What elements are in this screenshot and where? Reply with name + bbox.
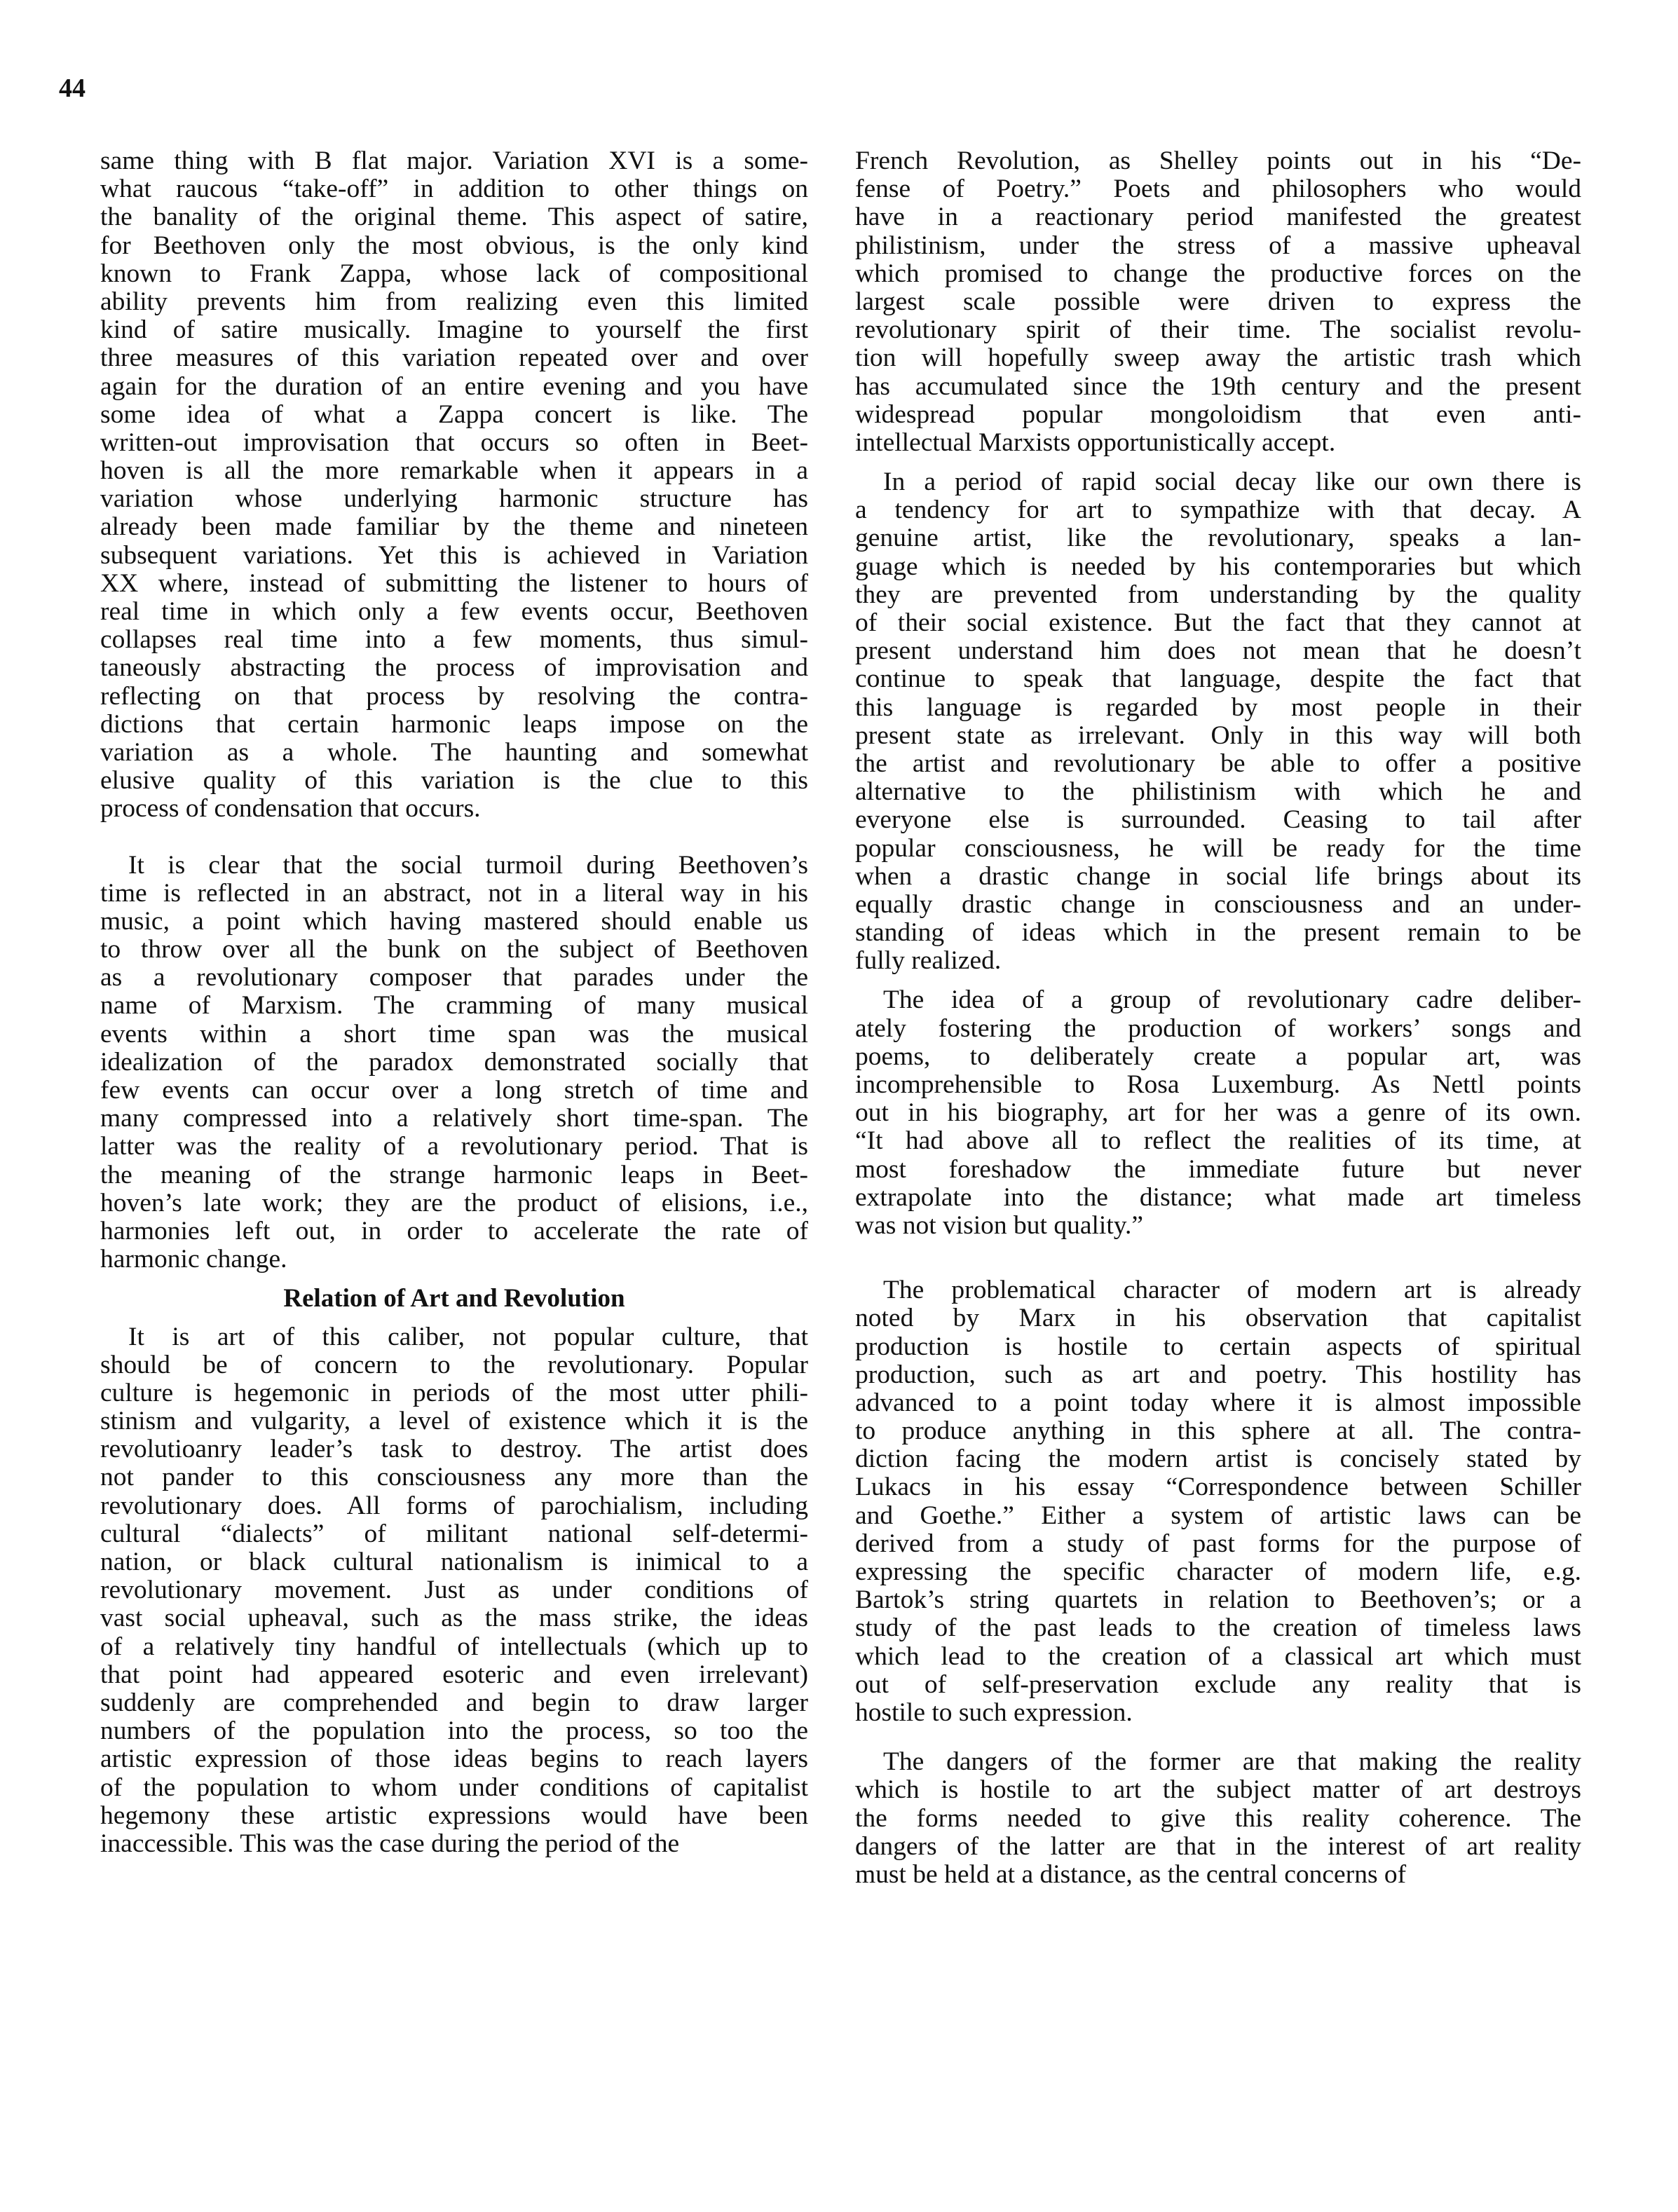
- text-line: widespread popular mongoloidism that eve…: [855, 401, 1581, 429]
- text-line: of the population to whom under conditio…: [100, 1774, 808, 1802]
- text-line: revolutionary movement. Just as under co…: [100, 1576, 808, 1604]
- text-line: numbers of the population into the proce…: [100, 1717, 808, 1745]
- text-line: The problematical character of modern ar…: [855, 1276, 1581, 1304]
- text-line: noted by Marx in his observation that ca…: [855, 1304, 1581, 1332]
- text-line: derived from a study of past forms for t…: [855, 1530, 1581, 1558]
- paragraph-spacer: [100, 824, 808, 852]
- text-line: written-out improvisation that occurs so…: [100, 429, 808, 457]
- text-line: for Beethoven only the most obvious, is …: [100, 232, 808, 260]
- text-line: French Revolution, as Shelley points out…: [855, 147, 1581, 175]
- text-line: known to Frank Zappa, whose lack of comp…: [100, 260, 808, 288]
- text-line: some idea of what a Zappa concert is lik…: [100, 401, 808, 429]
- paragraph: same thing with B flat major. Variation …: [100, 147, 808, 824]
- paragraph: The problematical character of modern ar…: [855, 1276, 1581, 1727]
- text-line: continue to speak that language, despite…: [855, 665, 1581, 693]
- text-line: reflecting on that process by resolving …: [100, 683, 808, 711]
- paragraph: The dangers of the former are that makin…: [855, 1748, 1581, 1889]
- text-line: and Goethe.” Either a system of artistic…: [855, 1502, 1581, 1530]
- text-line: ately fostering the production of worker…: [855, 1015, 1581, 1043]
- text-line: fully realized.: [855, 947, 1581, 975]
- text-line: revolutionary spirit of their time. The …: [855, 316, 1581, 344]
- text-line: three measures of this variation repeate…: [100, 344, 808, 372]
- text-line: when a drastic change in social life bri…: [855, 863, 1581, 891]
- text-line: which promised to change the productive …: [855, 260, 1581, 288]
- text-line: advanced to a point today where it is al…: [855, 1389, 1581, 1417]
- text-line: In a period of rapid social decay like o…: [855, 468, 1581, 496]
- text-line: a tendency for art to sympathize with th…: [855, 496, 1581, 524]
- text-line: this language is regarded by most people…: [855, 694, 1581, 722]
- text-line: the meaning of the strange harmonic leap…: [100, 1161, 808, 1189]
- text-line: extrapolate into the distance; what made…: [855, 1184, 1581, 1212]
- text-line: again for the duration of an entire even…: [100, 373, 808, 401]
- text-line: culture is hegemonic in periods of the m…: [100, 1379, 808, 1407]
- text-line: of their social existence. But the fact …: [855, 609, 1581, 637]
- text-line: diction facing the modern artist is conc…: [855, 1445, 1581, 1473]
- text-line: everyone else is surrounded. Ceasing to …: [855, 806, 1581, 834]
- section-heading: Relation of Art and Revolution: [100, 1285, 808, 1313]
- text-line: as a revolutionary composer that parades…: [100, 964, 808, 992]
- paragraph-spacer: [855, 457, 1581, 468]
- text-line: of a relatively tiny handful of intellec…: [100, 1633, 808, 1661]
- paragraph: It is clear that the social turmoil duri…: [100, 852, 808, 1274]
- text-line: ability prevents him from realizing even…: [100, 288, 808, 316]
- text-line: out of self-preservation exclude any rea…: [855, 1671, 1581, 1699]
- text-line: what raucous “take-off” in addition to o…: [100, 175, 808, 203]
- text-line: Bartok’s string quartets in relation to …: [855, 1586, 1581, 1614]
- text-line: must be held at a distance, as the centr…: [855, 1861, 1581, 1889]
- text-line: stinism and vulgarity, a level of existe…: [100, 1407, 808, 1435]
- text-line: they are prevented from understanding by…: [855, 581, 1581, 609]
- text-line: the banality of the original theme. This…: [100, 203, 808, 231]
- text-line: same thing with B flat major. Variation …: [100, 147, 808, 175]
- text-line: variation whose underlying harmonic stru…: [100, 485, 808, 513]
- text-line: to throw over all the bunk on the subjec…: [100, 936, 808, 964]
- text-line: events within a short time span was the …: [100, 1020, 808, 1049]
- text-line: hostile to such expression.: [855, 1699, 1581, 1727]
- text-line: dangers of the latter are that in the in…: [855, 1833, 1581, 1861]
- text-line: out in his biography, art for her was a …: [855, 1099, 1581, 1127]
- page-number: 44: [59, 73, 86, 104]
- text-line: dictions that certain harmonic leaps imp…: [100, 711, 808, 739]
- text-line: taneously abstracting the process of imp…: [100, 654, 808, 682]
- text-line: present state as irrelevant. Only in thi…: [855, 722, 1581, 750]
- paragraph: French Revolution, as Shelley points out…: [855, 147, 1581, 457]
- paragraph: In a period of rapid social decay like o…: [855, 468, 1581, 975]
- text-line: nation, or black cultural nationalism is…: [100, 1548, 808, 1576]
- text-line: to produce anything in this sphere at al…: [855, 1417, 1581, 1445]
- text-line: vast social upheaval, such as the mass s…: [100, 1604, 808, 1632]
- text-line: present understand him does not mean tha…: [855, 637, 1581, 665]
- text-line: expressing the specific character of mod…: [855, 1558, 1581, 1586]
- text-line: hegemony these artistic expressions woul…: [100, 1802, 808, 1830]
- text-line: the forms needed to give this reality co…: [855, 1805, 1581, 1833]
- left-column: same thing with B flat major. Variation …: [100, 147, 808, 1858]
- text-line: already been made familiar by the theme …: [100, 513, 808, 541]
- text-line: fense of Poetry.” Poets and philosophers…: [855, 175, 1581, 203]
- text-line: study of the past leads to the creation …: [855, 1614, 1581, 1642]
- text-line: It is clear that the social turmoil duri…: [100, 852, 808, 880]
- text-line: have in a reactionary period manifested …: [855, 203, 1581, 231]
- text-line: few events can occur over a long stretch…: [100, 1077, 808, 1105]
- text-line: The idea of a group of revolutionary cad…: [855, 986, 1581, 1014]
- text-line: tion will hopefully sweep away the artis…: [855, 344, 1581, 372]
- text-line: guage which is needed by his contemporar…: [855, 553, 1581, 581]
- text-line: name of Marxism. The cramming of many mu…: [100, 992, 808, 1020]
- paragraph: The idea of a group of revolutionary cad…: [855, 986, 1581, 1240]
- text-line: “It had above all to reflect the realiti…: [855, 1127, 1581, 1155]
- text-line: music, a point which having mastered sho…: [100, 908, 808, 936]
- text-line: revolutioanry leader’s task to destroy. …: [100, 1435, 808, 1463]
- text-line: inaccessible. This was the case during t…: [100, 1830, 808, 1858]
- text-line: genuine artist, like the revolutionary, …: [855, 524, 1581, 552]
- paragraph-spacer: [855, 975, 1581, 986]
- text-line: time is reflected in an abstract, not in…: [100, 880, 808, 908]
- text-line: many compressed into a relatively short …: [100, 1105, 808, 1133]
- text-line: that point had appeared esoteric and eve…: [100, 1661, 808, 1689]
- text-line: popular consciousness, he will be ready …: [855, 835, 1581, 863]
- text-line: standing of ideas which in the present r…: [855, 919, 1581, 947]
- text-line: revolutionary does. All forms of parochi…: [100, 1492, 808, 1520]
- text-line: XX where, instead of submitting the list…: [100, 570, 808, 598]
- text-line: variation as a whole. The haunting and s…: [100, 739, 808, 767]
- text-line: collapses real time into a few moments, …: [100, 626, 808, 654]
- text-line: subsequent variations. Yet this is achie…: [100, 542, 808, 570]
- text-line: process of condensation that occurs.: [100, 795, 808, 823]
- text-line: was not vision but quality.”: [855, 1212, 1581, 1240]
- text-line: real time in which only a few events occ…: [100, 598, 808, 626]
- text-line: most foreshadow the immediate future but…: [855, 1156, 1581, 1184]
- text-line: harmonic change.: [100, 1245, 808, 1274]
- text-line: has accumulated since the 19th century a…: [855, 373, 1581, 401]
- text-line: largest scale possible were driven to ex…: [855, 288, 1581, 316]
- text-line: hoven is all the more remarkable when it…: [100, 457, 808, 485]
- text-line: incomprehensible to Rosa Luxemburg. As N…: [855, 1071, 1581, 1099]
- text-line: cultural “dialects” of militant national…: [100, 1520, 808, 1548]
- text-line: intellectual Marxists opportunistically …: [855, 429, 1581, 457]
- text-line: production, such as art and poetry. This…: [855, 1361, 1581, 1389]
- text-line: which is hostile to art the subject matt…: [855, 1776, 1581, 1804]
- paragraph-spacer: [855, 1240, 1581, 1276]
- text-line: artistic expression of those ideas begin…: [100, 1745, 808, 1773]
- text-line: hoven’s late work; they are the product …: [100, 1189, 808, 1217]
- text-line: It is art of this caliber, not popular c…: [100, 1323, 808, 1351]
- text-line: alternative to the philistinism with whi…: [855, 778, 1581, 806]
- text-line: kind of satire musically. Imagine to you…: [100, 316, 808, 344]
- text-line: Lukacs in his essay “Correspondence betw…: [855, 1473, 1581, 1501]
- text-line: should be of concern to the revolutionar…: [100, 1351, 808, 1379]
- text-line: elusive quality of this variation is the…: [100, 767, 808, 795]
- text-line: suddenly are comprehended and begin to d…: [100, 1689, 808, 1717]
- text-line: philistinism, under the stress of a mass…: [855, 232, 1581, 260]
- right-column: French Revolution, as Shelley points out…: [855, 147, 1581, 1889]
- text-line: idealization of the paradox demonstrated…: [100, 1049, 808, 1077]
- text-line: latter was the reality of a revolutionar…: [100, 1133, 808, 1161]
- paragraph-spacer: [855, 1727, 1581, 1748]
- text-line: The dangers of the former are that makin…: [855, 1748, 1581, 1776]
- text-line: which lead to the creation of a classica…: [855, 1643, 1581, 1671]
- text-line: production is hostile to certain aspects…: [855, 1333, 1581, 1361]
- text-line: equally drastic change in consciousness …: [855, 891, 1581, 919]
- paragraph: It is art of this caliber, not popular c…: [100, 1323, 808, 1859]
- text-line: poems, to deliberately create a popular …: [855, 1043, 1581, 1071]
- text-line: harmonies left out, in order to accelera…: [100, 1217, 808, 1245]
- text-line: the artist and revolutionary be able to …: [855, 750, 1581, 778]
- text-line: not pander to this consciousness any mor…: [100, 1463, 808, 1491]
